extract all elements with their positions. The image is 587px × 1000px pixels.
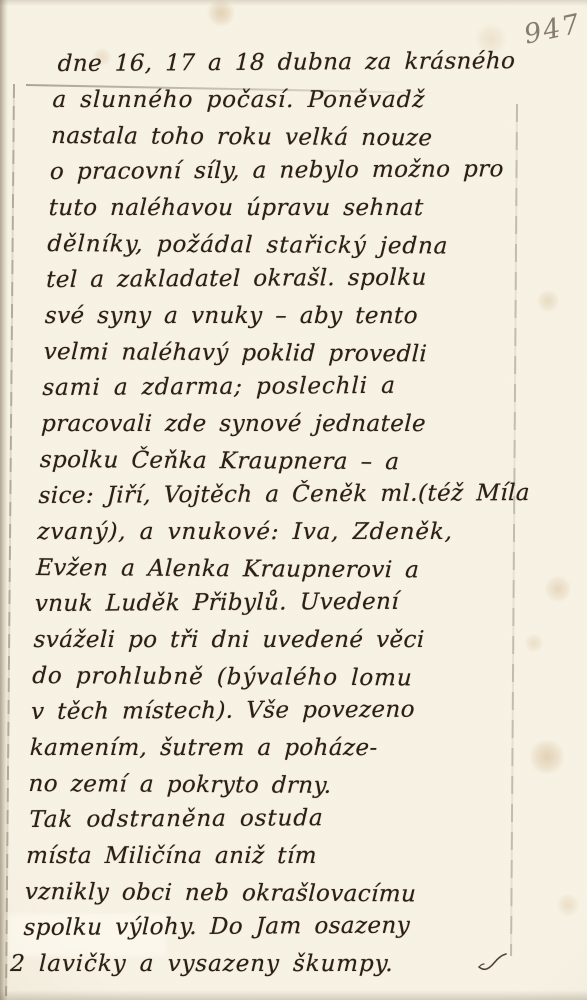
handwritten-line: o pracovní síly, a nebylo možno pro (49, 151, 542, 190)
fox-stain (556, 894, 580, 916)
handwritten-line: a slunného počasí. Poněvadž (52, 82, 545, 118)
fox-stain (528, 740, 566, 774)
paper-top-edge (0, 0, 587, 6)
paper-bottom-edge (0, 990, 587, 1000)
handwritten-line: sice: Jiří, Vojtěch a Čeněk ml.(též Míla (38, 475, 531, 514)
handwritten-line: tel a zakladatel okrašl. spolku (46, 259, 539, 298)
handwritten-line: tuto naléhavou úpravu sehnat (48, 190, 541, 226)
handwritten-line: sváželi po tři dni uvedené věci (33, 622, 526, 658)
handwritten-line: spolku výlohy. Do Jam osazeny (23, 907, 516, 946)
handwritten-line: zvaný), a vnukové: Iva, Zdeněk, (37, 514, 530, 550)
handwritten-text-block: dne 16, 17 a 18 dubna za krásného a slun… (14, 46, 547, 982)
handwritten-line: vnuk Luděk Přibylů. Uvedení (34, 583, 527, 622)
handwritten-line: 2 lavičky a vysazeny škumpy. (10, 946, 515, 982)
handwritten-line: kamením, šutrem a poháze- (29, 730, 522, 766)
handwritten-line: Tak odstraněna ostuda (29, 799, 520, 838)
handwritten-line: v těch místech). Vše povezeno (31, 691, 524, 730)
fox-stain (536, 290, 560, 312)
handwritten-line: své syny a vnuky – aby tento (44, 298, 537, 334)
handwritten-line: pracovali zde synové jednatele (41, 406, 534, 442)
fox-stain (524, 634, 544, 652)
pen-flourish-icon (476, 950, 510, 974)
scanned-page: 947 dne 16, 17 a 18 dubna za krásného a … (0, 0, 587, 1000)
handwritten-line: dne 16, 17 a 18 dubna za krásného (57, 43, 546, 82)
fox-stain (544, 576, 572, 602)
handwritten-line: sami a zdarma; poslechli a (42, 367, 535, 406)
handwritten-line: místa Miličína aniž tím (25, 838, 518, 874)
